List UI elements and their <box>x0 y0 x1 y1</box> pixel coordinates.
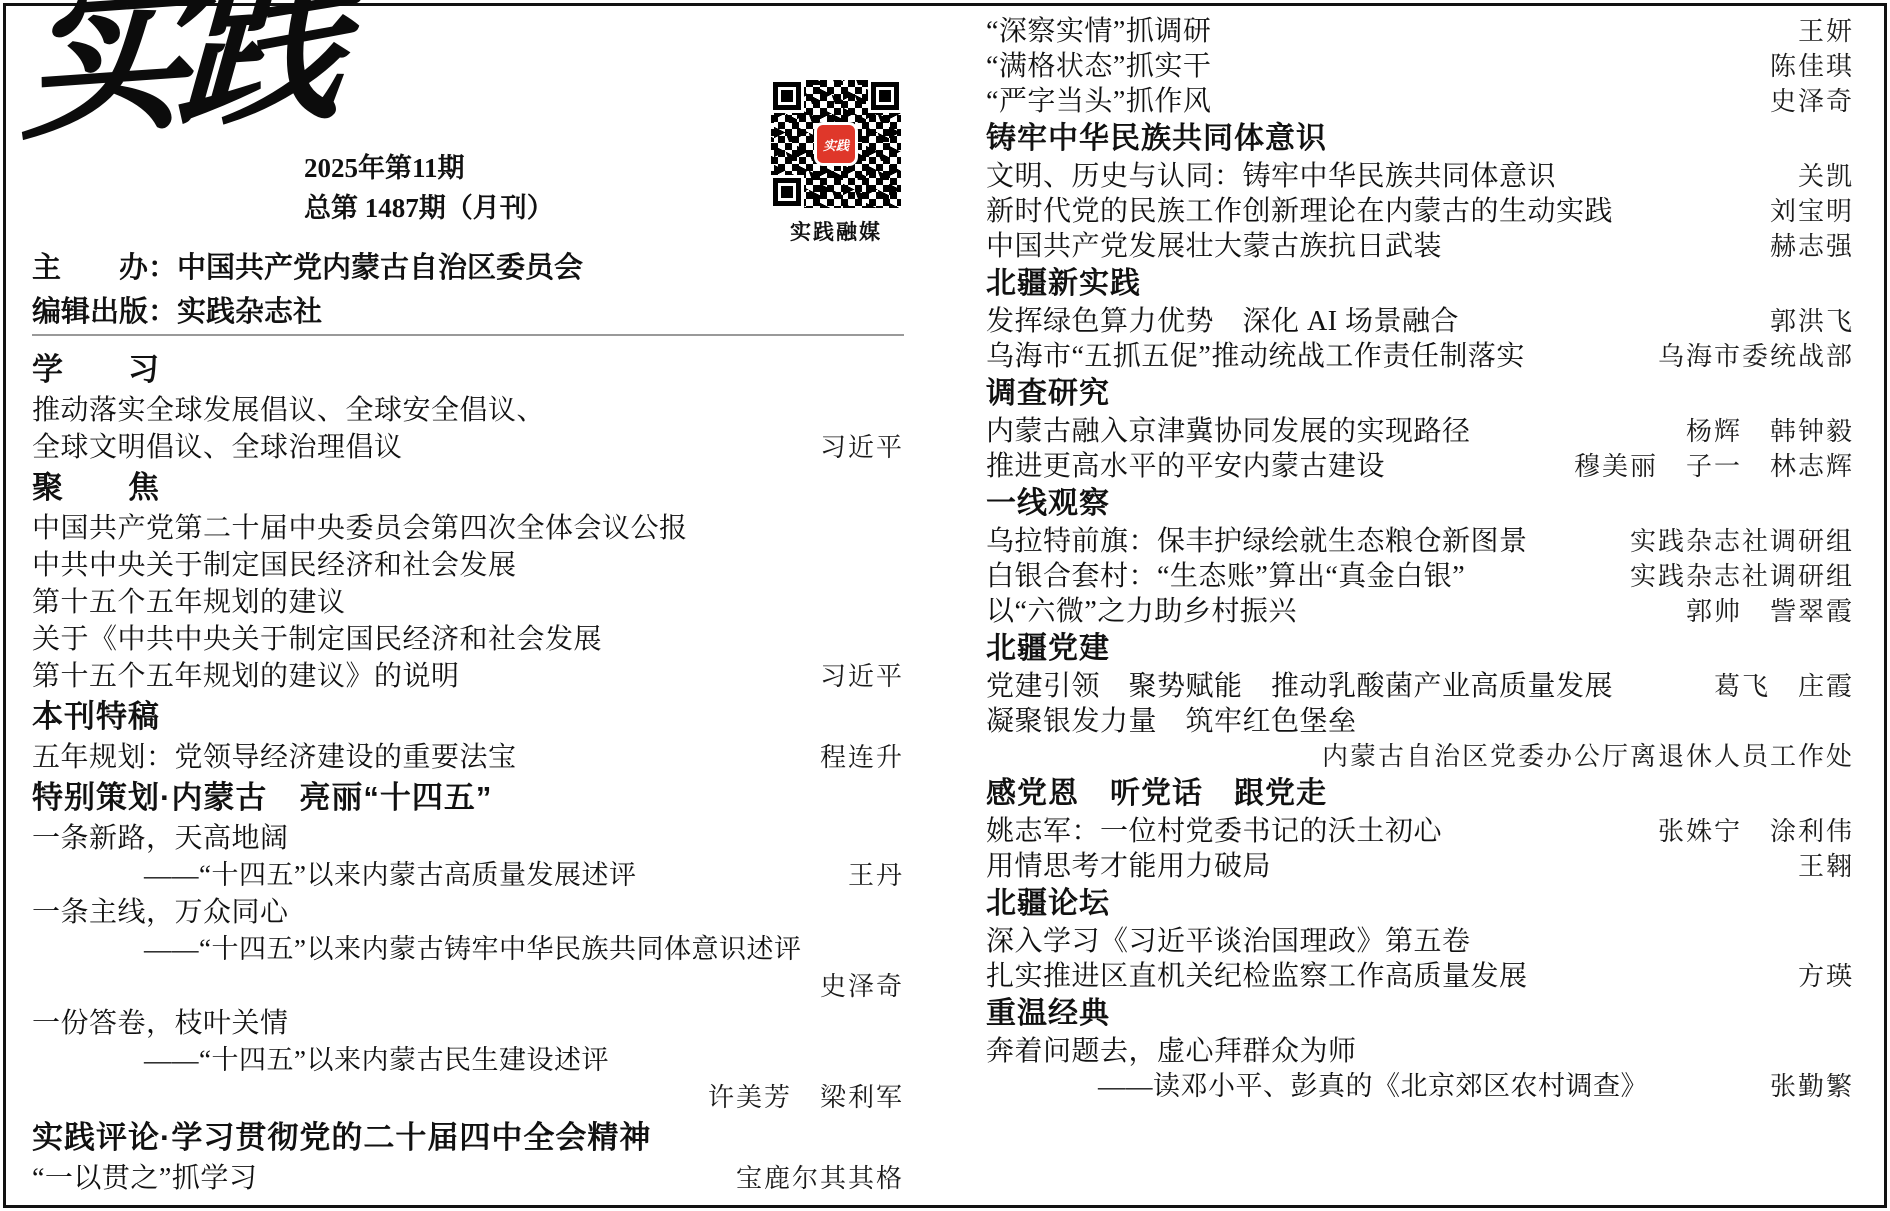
toc-entry: 乌拉特前旗：保丰护绿绘就生态粮仓新图景实践杂志社调研组 <box>986 524 1854 559</box>
entry-title: 内蒙古融入京津冀协同发展的实现路径 <box>986 414 1471 449</box>
toc-entry: “满格状态”抓实干陈佳琪 <box>986 49 1854 84</box>
section-heading: 实践评论·学习贯彻党的二十届四中全会精神 <box>32 1116 651 1160</box>
entry-title: 一条主线，万众同心 <box>32 894 289 931</box>
qr-finder-icon <box>871 82 899 110</box>
entry-title: 中共中央关于制定国民经济和社会发展 <box>32 547 517 584</box>
entry-author: 葛飞 庄霞 <box>1696 669 1854 704</box>
entry-author: 郭洪飞 <box>1752 304 1854 339</box>
section-heading: 学 习 <box>32 348 160 392</box>
entry-title: 以“六微”之力助乡村振兴 <box>986 594 1297 629</box>
toc-entry: 一份答卷，枝叶关情 <box>32 1005 904 1042</box>
right-column: “深察实情”抓调研王妍 “满格状态”抓实干陈佳琪 “严字当头”抓作风史泽奇 铸牢… <box>986 14 1854 1104</box>
section-heading: 调查研究 <box>986 374 1110 414</box>
entry-author: 宝鹿尔其其格 <box>718 1160 904 1197</box>
entry-subtitle: ——“十四五”以来内蒙古高质量发展述评 <box>32 857 636 894</box>
author-line: 许美芳 梁利军 <box>32 1079 904 1116</box>
section-heading: 北疆论坛 <box>986 884 1110 924</box>
entry-title: 白银合套村：“生态账”算出“真金白银” <box>986 559 1465 594</box>
toc-entry: 文明、历史与认同：铸牢中华民族共同体意识关凯 <box>986 159 1854 194</box>
qr-finder-icon <box>773 82 801 110</box>
section-heading: 重温经典 <box>986 994 1110 1034</box>
entry-title: 文明、历史与认同：铸牢中华民族共同体意识 <box>986 159 1556 194</box>
entry-title: 奔着问题去，虚心拜群众为师 <box>986 1034 1357 1069</box>
entry-title: 用情思考才能用力破局 <box>986 849 1271 884</box>
toc-entry: 中国共产党发展壮大蒙古族抗日武装赫志强 <box>986 229 1854 264</box>
entry-subtitle: ——“十四五”以来内蒙古民生建设述评 <box>32 1042 609 1079</box>
qr-center-logo: 实践 <box>817 125 855 163</box>
toc-entry: 内蒙古融入京津冀协同发展的实现路径杨辉 韩钟毅 <box>986 414 1854 449</box>
entry-title: 深入学习《习近平谈治国理政》第五卷 <box>986 924 1471 959</box>
entry-author: 王丹 <box>830 857 904 894</box>
entry-author: 程连升 <box>802 739 904 776</box>
entry-title: 一份答卷，枝叶关情 <box>32 1005 289 1042</box>
author-line: 内蒙古自治区党委办公厅离退休人员工作处 <box>986 739 1854 774</box>
masthead-divider <box>32 334 904 336</box>
section-heading: 北疆新实践 <box>986 264 1141 304</box>
entry-title: “满格状态”抓实干 <box>986 49 1211 84</box>
entry-subtitle: ——“十四五”以来内蒙古铸牢中华民族共同体意识述评 <box>32 931 801 968</box>
entry-author: 张姝宁 涂利伟 <box>1640 814 1854 849</box>
entry-author: 史泽奇 <box>1752 84 1854 119</box>
qr-caption: 实践融媒 <box>768 216 904 246</box>
toc-entry: 白银合套村：“生态账”算出“真金白银”实践杂志社调研组 <box>986 559 1854 594</box>
entry-title: 中国共产党第二十届中央委员会第四次全体会议公报 <box>32 510 688 547</box>
qr-finder-icon <box>773 178 801 206</box>
toc-entry: 凝聚银发力量 筑牢红色堡垒 <box>986 704 1854 739</box>
entry-author: 郭帅 訾翠霞 <box>1668 594 1854 629</box>
publisher-info: 主 办：中国共产党内蒙古自治区委员会 编辑出版：实践杂志社 <box>32 246 583 334</box>
entry-author: 习近平 <box>802 658 904 695</box>
toc-entry: 扎实推进区直机关纪检监察工作高质量发展方瑛 <box>986 959 1854 994</box>
magazine-toc-page: 实践 2025年第11期 总第 1487期（月刊） 实践 实践融媒 主 办：中国… <box>0 0 1890 1211</box>
entry-author: 刘宝明 <box>1752 194 1854 229</box>
toc-entry: “深察实情”抓调研王妍 <box>986 14 1854 49</box>
qr-code: 实践 <box>771 80 901 208</box>
toc-entry: 发挥绿色算力优势 深化 AI 场景融合郭洪飞 <box>986 304 1854 339</box>
entry-title: 乌海市“五抓五促”推动统战工作责任制落实 <box>986 339 1525 374</box>
toc-entry: 中共中央关于制定国民经济和社会发展 <box>32 547 904 584</box>
toc-entry: 关于《中共中央关于制定国民经济和社会发展 <box>32 621 904 658</box>
toc-entry: 党建引领 聚势赋能 推动乳酸菌产业高质量发展葛飞 庄霞 <box>986 669 1854 704</box>
entry-author: 内蒙古自治区党委办公厅离退休人员工作处 <box>1322 739 1854 774</box>
entry-title: “深察实情”抓调研 <box>986 14 1211 49</box>
entry-title: “严字当头”抓作风 <box>986 84 1211 119</box>
entry-title: 第十五个五年规划的建议 <box>32 584 346 621</box>
toc-entry: 一条主线，万众同心 <box>32 894 904 931</box>
toc-entry: 奔着问题去，虚心拜群众为师 <box>986 1034 1854 1069</box>
toc-entry: 全球文明倡议、全球治理倡议习近平 <box>32 429 904 466</box>
entry-title: 党建引领 聚势赋能 推动乳酸菌产业高质量发展 <box>986 669 1613 704</box>
entry-title: 新时代党的民族工作创新理论在内蒙古的生动实践 <box>986 194 1613 229</box>
toc-entry: 推进更高水平的平安内蒙古建设穆美丽 子一 林志辉 <box>986 449 1854 484</box>
entry-author: 方瑛 <box>1780 959 1854 994</box>
section-heading: 聚 焦 <box>32 466 160 510</box>
masthead: 实践 2025年第11期 总第 1487期（月刊） 实践 实践融媒 主 办：中国… <box>32 8 904 330</box>
entry-title: 推进更高水平的平安内蒙古建设 <box>986 449 1385 484</box>
entry-author: 许美芳 梁利军 <box>708 1079 904 1116</box>
entry-author: 陈佳琪 <box>1752 49 1854 84</box>
magazine-logo: 实践 <box>20 0 333 149</box>
entry-title: 全球文明倡议、全球治理倡议 <box>32 429 403 466</box>
section-heading: 特别策划·内蒙古 亮丽“十四五” <box>32 776 492 820</box>
toc-entry: “严字当头”抓作风史泽奇 <box>986 84 1854 119</box>
organizer-line: 主 办：中国共产党内蒙古自治区委员会 <box>32 246 583 290</box>
entry-author: 王翱 <box>1780 849 1854 884</box>
entry-title: 第十五个五年规划的建议》的说明 <box>32 658 460 695</box>
entry-subtitle: ——读邓小平、彭真的《北京郊区农村调查》 <box>986 1069 1648 1104</box>
entry-title: 凝聚银发力量 筑牢红色堡垒 <box>986 704 1357 739</box>
entry-author: 实践杂志社调研组 <box>1612 559 1854 594</box>
toc-entry: 以“六微”之力助乡村振兴郭帅 訾翠霞 <box>986 594 1854 629</box>
toc-entry: 中国共产党第二十届中央委员会第四次全体会议公报 <box>32 510 904 547</box>
entry-title: 姚志军：一位村党委书记的沃土初心 <box>986 814 1442 849</box>
entry-title: 中国共产党发展壮大蒙古族抗日武装 <box>986 229 1442 264</box>
toc-entry: 深入学习《习近平谈治国理政》第五卷 <box>986 924 1854 959</box>
toc-entry-subtitle: ——读邓小平、彭真的《北京郊区农村调查》张勤繁 <box>986 1069 1854 1104</box>
section-heading: 北疆党建 <box>986 629 1110 669</box>
issue-info: 2025年第11期 总第 1487期（月刊） <box>304 148 554 228</box>
entry-author: 实践杂志社调研组 <box>1612 524 1854 559</box>
toc-entry-subtitle: ——“十四五”以来内蒙古高质量发展述评王丹 <box>32 857 904 894</box>
entry-title: 乌拉特前旗：保丰护绿绘就生态粮仓新图景 <box>986 524 1528 559</box>
section-heading: 铸牢中华民族共同体意识 <box>986 119 1327 159</box>
entry-author: 张勤繁 <box>1752 1069 1854 1104</box>
left-column: 实践 2025年第11期 总第 1487期（月刊） 实践 实践融媒 主 办：中国… <box>32 8 904 1197</box>
toc-entry: 乌海市“五抓五促”推动统战工作责任制落实乌海市委统战部 <box>986 339 1854 374</box>
toc-entry-subtitle: ——“十四五”以来内蒙古铸牢中华民族共同体意识述评 <box>32 931 904 968</box>
entry-author: 穆美丽 子一 林志辉 <box>1556 449 1854 484</box>
entry-author: 史泽奇 <box>820 968 904 1005</box>
publisher-line: 编辑出版：实践杂志社 <box>32 290 583 334</box>
toc-entry: 第十五个五年规划的建议 <box>32 584 904 621</box>
entry-title: 关于《中共中央关于制定国民经济和社会发展 <box>32 621 602 658</box>
toc-entry-subtitle: ——“十四五”以来内蒙古民生建设述评 <box>32 1042 904 1079</box>
toc-entry: 姚志军：一位村党委书记的沃土初心张姝宁 涂利伟 <box>986 814 1854 849</box>
toc-entry: 新时代党的民族工作创新理论在内蒙古的生动实践刘宝明 <box>986 194 1854 229</box>
toc-entry: 推动落实全球发展倡议、全球安全倡议、 <box>32 392 904 429</box>
qr-block: 实践 实践融媒 <box>768 80 904 246</box>
entry-author: 关凯 <box>1780 159 1854 194</box>
section-heading: 感党恩 听党话 跟党走 <box>986 774 1327 814</box>
issue-total: 总第 1487期（月刊） <box>304 188 554 228</box>
toc-entry: 第十五个五年规划的建议》的说明习近平 <box>32 658 904 695</box>
entry-title: “一以贯之”抓学习 <box>32 1160 257 1197</box>
entry-title: 推动落实全球发展倡议、全球安全倡议、 <box>32 392 545 429</box>
entry-author: 王妍 <box>1780 14 1854 49</box>
toc-entry: 用情思考才能用力破局王翱 <box>986 849 1854 884</box>
entry-author: 杨辉 韩钟毅 <box>1668 414 1854 449</box>
toc-entry: 五年规划：党领导经济建设的重要法宝程连升 <box>32 739 904 776</box>
section-heading: 本刊特稿 <box>32 695 160 739</box>
entry-title: 五年规划：党领导经济建设的重要法宝 <box>32 739 517 776</box>
issue-number: 2025年第11期 <box>304 148 554 188</box>
entry-author: 乌海市委统战部 <box>1640 339 1854 374</box>
entry-title: 发挥绿色算力优势 深化 AI 场景融合 <box>986 304 1459 339</box>
author-line: 史泽奇 <box>32 968 904 1005</box>
toc-entry: “一以贯之”抓学习宝鹿尔其其格 <box>32 1160 904 1197</box>
entry-author: 习近平 <box>802 429 904 466</box>
entry-title: 扎实推进区直机关纪检监察工作高质量发展 <box>986 959 1528 994</box>
toc-entry: 一条新路，天高地阔 <box>32 820 904 857</box>
section-heading: 一线观察 <box>986 484 1110 524</box>
entry-title: 一条新路，天高地阔 <box>32 820 289 857</box>
entry-author: 赫志强 <box>1752 229 1854 264</box>
